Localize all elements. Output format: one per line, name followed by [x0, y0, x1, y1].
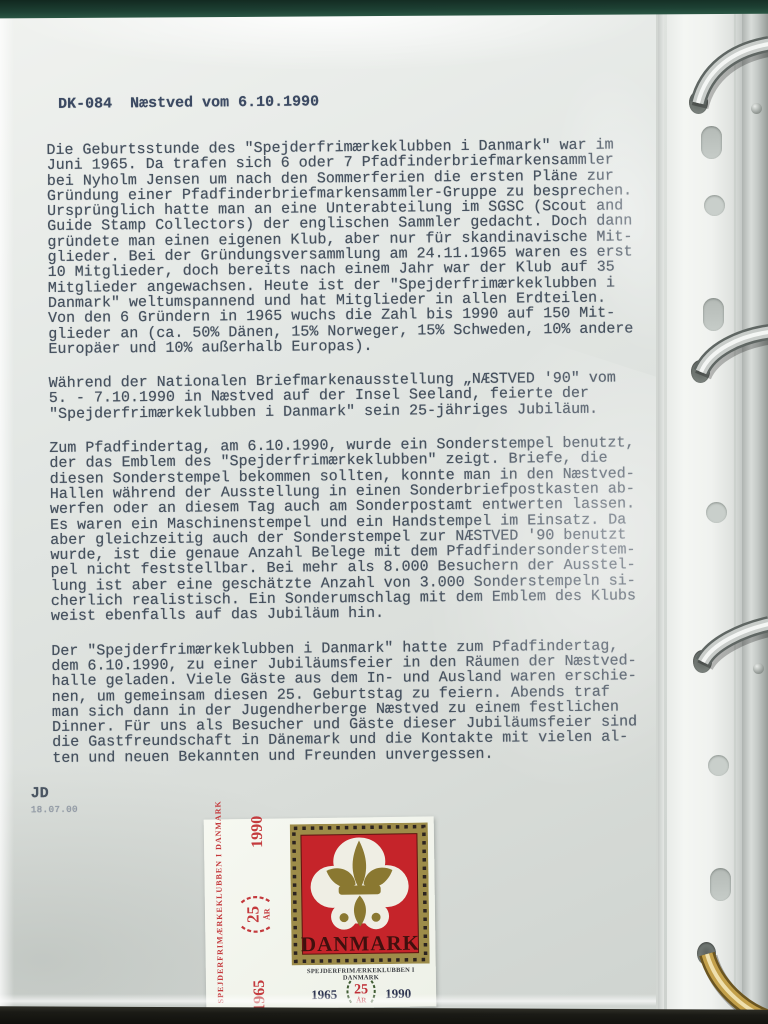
typed-paragraph-4: Der "Spejderfrimærkeklubben i Danmark" h…: [51, 638, 652, 766]
typed-paragraph-3: Zum Pfadfindertag, am 6.10.1990, wurde e…: [49, 435, 651, 624]
footer-anniversary-number: 25: [354, 982, 368, 997]
punch-hole-round: [708, 755, 729, 776]
typed-paragraph-1: Die Geburtsstunde des "Spejderfrimærkekl…: [46, 137, 648, 357]
footer-year-right: 1990: [385, 985, 411, 1001]
stamp-country-name: DANMARK: [301, 931, 420, 957]
signature-block: JD 18.07.00: [31, 779, 653, 815]
table-surface-bottom: [0, 1006, 768, 1024]
punch-hole-oblong: [701, 126, 722, 159]
anniversary-wreath-icon: 25 ÅR: [233, 890, 285, 937]
typed-text-block: DK-084 Næstved vom 6.10.1990 Die Geburts…: [46, 90, 653, 815]
punch-hole-round: [706, 502, 727, 523]
selvage-anniversary-unit: ÅR: [262, 908, 271, 920]
typed-paragraph-2: Während der Nationalen Briefmarkenausste…: [49, 370, 649, 422]
selvage-years-column: 1990 25 ÅR 1965: [232, 822, 287, 1005]
filing-strip-groove: [664, 6, 667, 1018]
footer-year-left: 1965: [311, 986, 337, 1002]
selvage-year-top: 1990: [249, 816, 267, 848]
selvage-anniversary-number: 25: [243, 905, 262, 922]
punch-hole-ring-1: [689, 91, 708, 114]
footer-anniversary-unit: ÅR: [356, 996, 367, 1004]
punch-hole-oblong: [710, 868, 731, 901]
stamp-face: DANMARK: [290, 822, 430, 965]
binder-screw: [751, 103, 762, 114]
photographed-album-page: DK-084 Næstved vom 6.10.1990 Die Geburts…: [0, 0, 768, 1024]
sleeve-filing-strip: [656, 6, 744, 1018]
selvage-club-text: SPEJDERFRIMÆRKEKLUBBEN I DANMARK: [214, 827, 225, 1003]
punch-hole-ring-4: [697, 942, 716, 965]
jubilee-stamp-label: SPEJDERFRIMÆRKEKLUBBEN I DANMARK 1990 25…: [204, 816, 437, 1009]
punch-hole-ring-3: [693, 650, 712, 673]
punch-hole-round: [704, 195, 725, 216]
footer-anniversary-wreath-icon: 25 ÅR: [344, 976, 378, 1011]
binder-screw: [753, 663, 764, 674]
filing-strip-groove: [734, 6, 736, 1018]
punch-hole-ring-2: [691, 360, 710, 383]
binder-spine-edge: [742, 0, 768, 1024]
punch-hole-oblong: [703, 298, 724, 331]
signature-initials: JD: [31, 779, 653, 802]
